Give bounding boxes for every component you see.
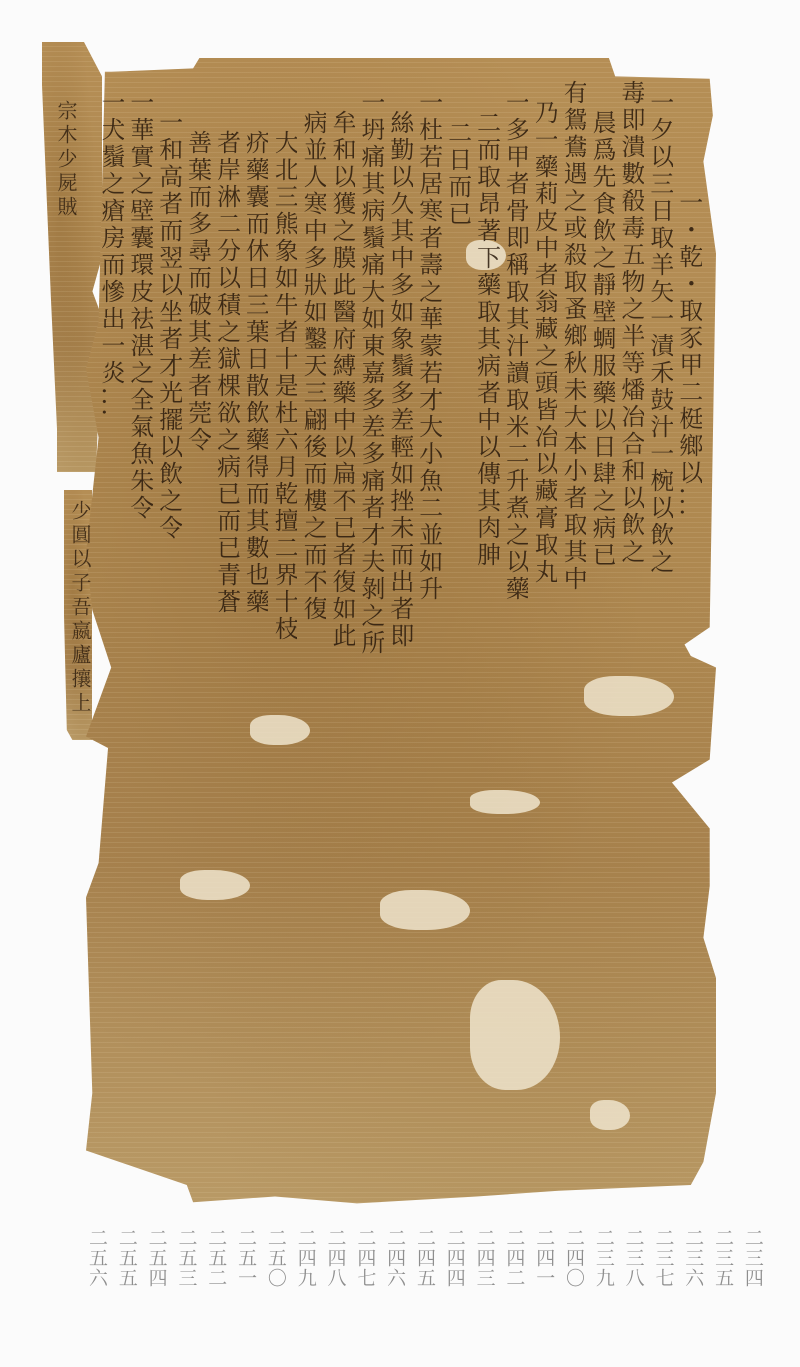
column-number-row: 二五六 二五五 二五四 二五三 二五二 二五一 二五〇 二四九 二四八 二四七 … (84, 1228, 764, 1288)
text-column-253: 一華實之壁囊環皮祛湛之全氣魚朱令 (127, 90, 153, 1190)
column-number: 二五〇 (263, 1228, 287, 1288)
column-number: 二三六 (680, 1228, 704, 1288)
text-column-252: 一和高者而翌以坐者才光擺以飲之令 (156, 110, 182, 1210)
column-number: 二三八 (621, 1228, 645, 1288)
text-column-240: 一多甲者骨即稱取其汁讀取米二升煮之以藥 (502, 90, 528, 1150)
column-number: 二四六 (382, 1228, 406, 1288)
text-column-238: 有鴛鴦遇之或殺取蚤鄉秋未大本小者取其中 (560, 80, 586, 1160)
column-number: 二三四 (740, 1228, 764, 1288)
text-columns: 一・乾・取豕甲二梃鄉以... 一夕以三日取羊矢一漬禾鼓汁一椀以飲之 毒即潰數殽毒… (90, 70, 710, 1200)
column-number: 二四四 (442, 1228, 466, 1288)
column-number: 二五三 (173, 1228, 197, 1288)
column-number: 二三九 (591, 1228, 615, 1288)
text-column-249: 疥藥囊而休日三葉日散飲藥得而其數也藥 (242, 130, 268, 1170)
text-column-254: 一犬鬚之瘡房而慘出一炎... (98, 90, 124, 1190)
text-column-246: 牟和以獲之膜此醫府縛藥中以扁不已者復如此 (329, 110, 355, 1170)
text-column-250: 者岸淋二分以積之獄棵欲之病已而已青蒼 (214, 130, 240, 1170)
text-column-251: 善葉而多尋而破其差者莞令 (185, 130, 211, 610)
column-number: 二四二 (501, 1228, 525, 1288)
column-number: 二五二 (203, 1228, 227, 1288)
column-number: 二四五 (412, 1228, 436, 1288)
column-number: 二四三 (472, 1228, 496, 1288)
text-column-239: 乃一藥莉皮中者翁藏之頭皆冶以藏膏取丸 (531, 100, 557, 1150)
column-number: 二四一 (531, 1228, 555, 1288)
column-number: 二四〇 (561, 1228, 585, 1288)
text-column-235: 一夕以三日取羊矢一漬禾鼓汁一椀以飲之 (647, 90, 673, 1170)
text-column-234: 一・乾・取豕甲二梃鄉以... (676, 190, 702, 790)
column-number: 二五一 (233, 1228, 257, 1288)
column-number: 二五五 (114, 1228, 138, 1288)
column-number: 二四九 (293, 1228, 317, 1288)
text-column-247: 病並人寒中多狀如鑿天三翩後而樓之而不復 (300, 110, 326, 1170)
column-number: 二三七 (650, 1228, 674, 1288)
text-column-237: 晨爲先食飲之靜壁蜩服藥以日肆之病已 (589, 110, 615, 1190)
manuscript-photo: 宗木少屍賊 少圓以子吾嬴廬攘上 一・乾・取豕甲二梃鄉以... 一夕以三日取羊矢一… (0, 0, 800, 1367)
text-column-241: 二而取昂著下藥取其病者中以傳其肉胂 (474, 110, 500, 1150)
text-column-243: 一杜若居寒者壽之華蒙若才大小魚二並如升 (416, 90, 442, 1190)
column-number: 二五四 (144, 1228, 168, 1288)
text-column-244: 絲勤以久其中多如象鬚多差輕如挫未而出者即 (387, 110, 413, 1190)
text-column-248: 大北三熊象如牛者十是杜六月乾擅二界十枝 (271, 130, 297, 1170)
column-number: 二五六 (84, 1228, 108, 1288)
column-number: 二四七 (352, 1228, 376, 1288)
text-column-236: 毒即潰數殽毒五物之半等燔冶合和以飲之 (618, 80, 644, 1160)
text-column-245: 一坍痛其病鬚痛大如東嘉多差多痛者才夫剝之所 (358, 90, 384, 1170)
strip-text-column: 宗木少屍賊 (52, 100, 81, 460)
text-column-242: 二日而已 (445, 120, 471, 260)
column-number: 二四八 (323, 1228, 347, 1288)
column-number: 二三五 (710, 1228, 734, 1288)
